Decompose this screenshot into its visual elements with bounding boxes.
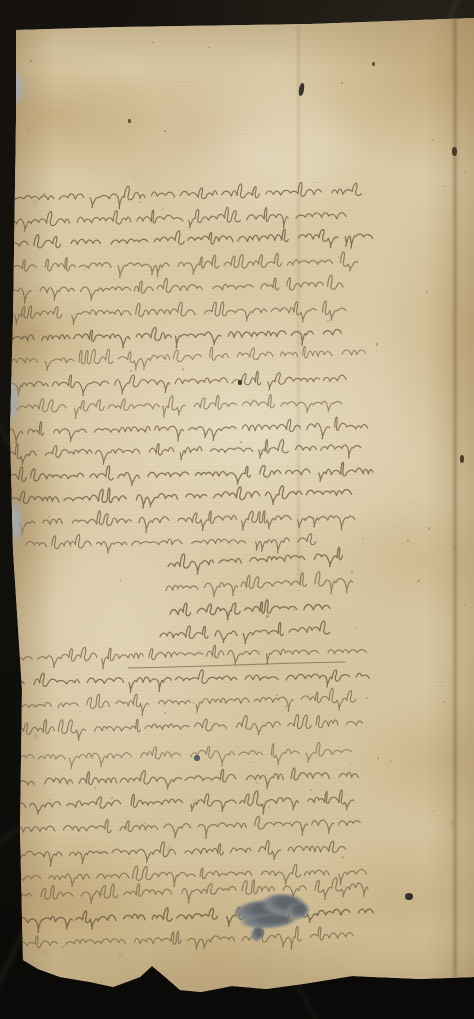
handwritten-text-line — [6, 275, 343, 304]
dark-speck — [128, 119, 131, 123]
handwritten-text-line — [4, 324, 342, 351]
handwritten-text-line — [4, 667, 370, 695]
handwritten-text-line — [4, 742, 352, 770]
handwritten-text-line — [10, 205, 347, 232]
handwritten-text-line — [0, 877, 368, 909]
handwritten-text-line — [0, 688, 356, 720]
handwritten-text-line — [4, 343, 366, 373]
dark-speck — [194, 755, 200, 761]
handwritten-text-line — [4, 713, 363, 742]
handwritten-text-line — [8, 839, 346, 867]
handwritten-text-line — [165, 570, 353, 601]
handwritten-text-line — [2, 437, 361, 467]
handwritten-text-line — [4, 766, 359, 794]
handwritten-text-line — [26, 531, 316, 556]
handwritten-text-line — [2, 369, 347, 397]
handwritten-text-line — [18, 925, 354, 957]
handwritten-text-line — [2, 393, 342, 420]
handwritten-text-line — [4, 814, 361, 843]
dark-speck — [460, 455, 464, 463]
handwriting-layer — [0, 0, 474, 1019]
handwritten-text-line — [6, 300, 346, 326]
manuscript-photo — [0, 0, 474, 1019]
handwritten-text-line — [10, 862, 367, 891]
manuscript-page — [0, 0, 474, 1019]
screenshot-root: { "photo": { "subject": "Aged handwritte… — [0, 0, 474, 1019]
handwritten-text-line — [2, 483, 352, 512]
handwritten-text-line — [167, 546, 342, 576]
handwritten-text-line — [6, 507, 355, 535]
handwritten-text-line — [0, 461, 373, 489]
dark-speck — [452, 147, 457, 156]
handwritten-text-line — [8, 181, 362, 211]
handwritten-text-line — [0, 417, 368, 444]
dark-speck — [372, 62, 375, 66]
underline-flourish — [128, 662, 345, 668]
handwritten-text-line — [170, 597, 331, 622]
handwritten-text-line — [7, 252, 358, 280]
dark-speck — [238, 380, 242, 385]
handwritten-text-line — [5, 226, 373, 256]
ink-blot — [284, 901, 310, 921]
handwritten-text-line — [6, 789, 354, 818]
dark-speck — [405, 893, 413, 900]
handwritten-text-line — [160, 621, 330, 647]
